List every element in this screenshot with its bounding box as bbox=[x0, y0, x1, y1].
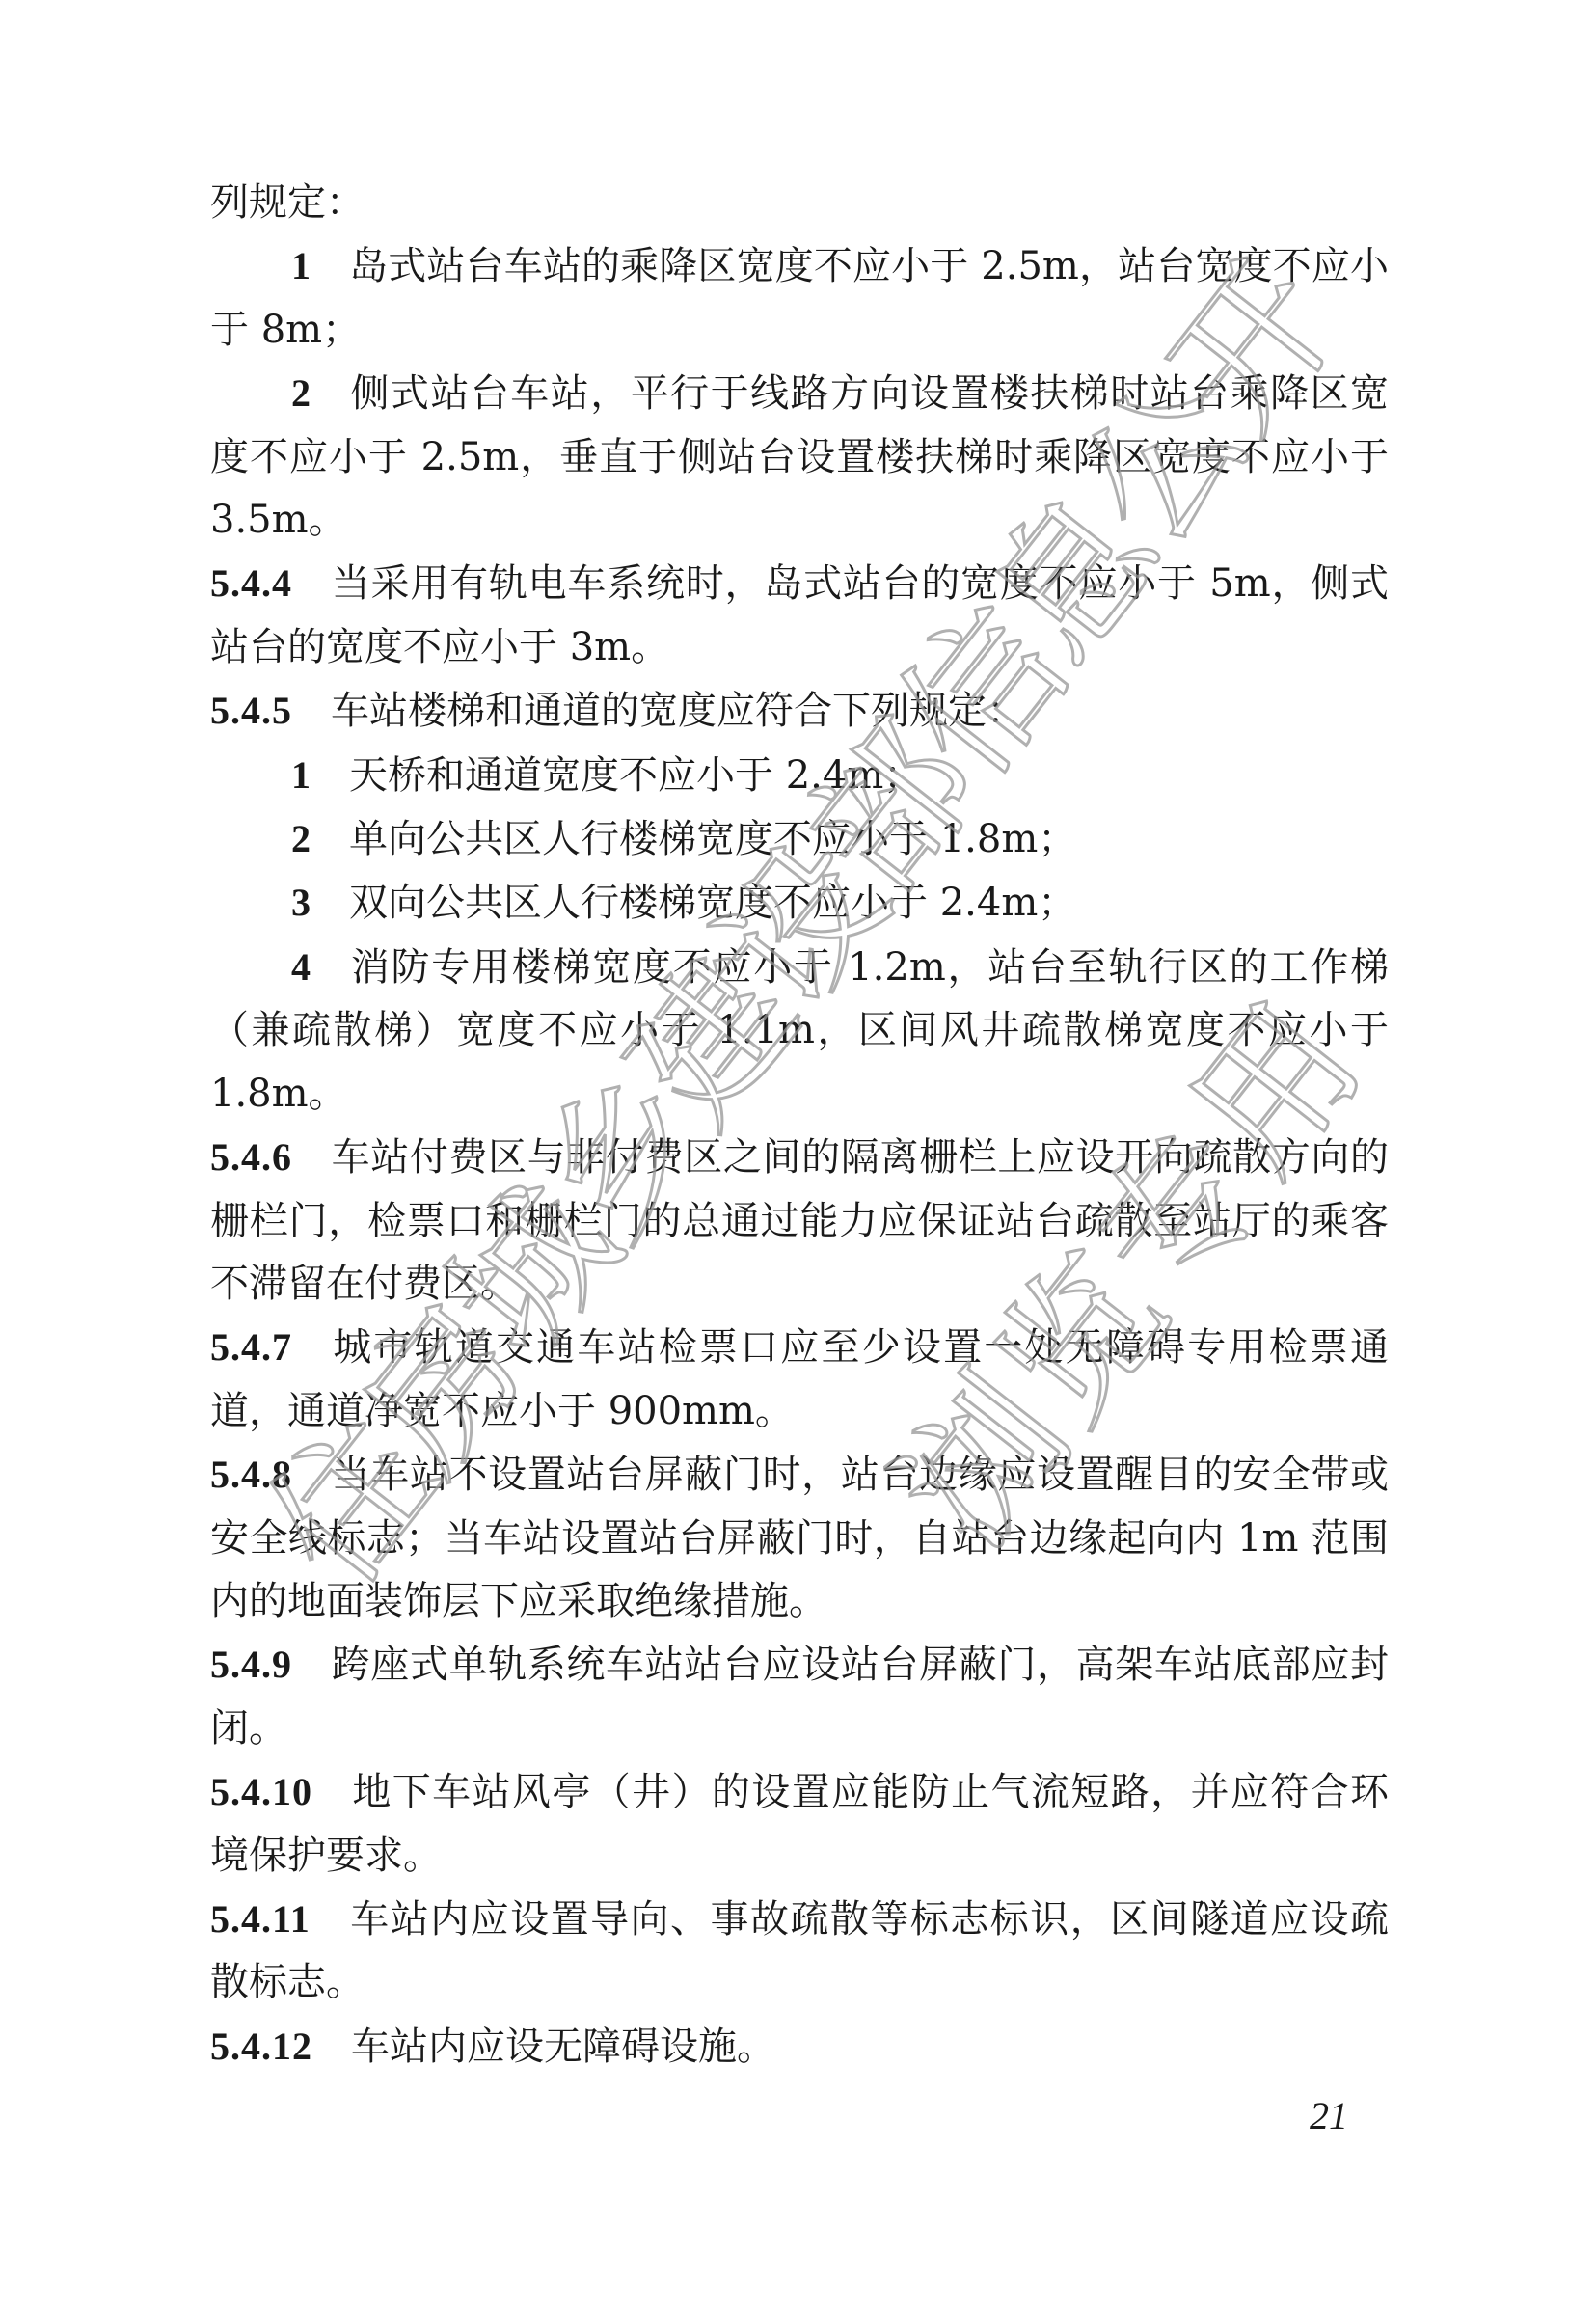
clause-5-4-11: 5.4.11车站内应设置导向、事故疏散等标志标识，区间隧道应设疏散标志。 bbox=[210, 1888, 1389, 2015]
clause-text: 车站楼梯和通道的宽度应符合下列规定： bbox=[331, 689, 1025, 733]
list-item: 3双向公共区人行楼梯宽度不应小于 2.4m； bbox=[210, 871, 1389, 935]
clause-5-4-9: 5.4.9跨座式单轨系统车站站台应设站台屏蔽门，高架车站底部应封闭。 bbox=[210, 1633, 1389, 1760]
item-number: 3 bbox=[291, 871, 311, 934]
clause-5-4-5: 5.4.5车站楼梯和通道的宽度应符合下列规定： bbox=[210, 679, 1389, 743]
clause-5-4-12: 5.4.12车站内应设无障碍设施。 bbox=[210, 2015, 1389, 2079]
clause-text: 地下车站风亭（井）的设置应能防止气流短路，并应符合环境保护要求。 bbox=[210, 1770, 1389, 1877]
list-item: 2单向公共区人行楼梯宽度不应小于 1.8m； bbox=[210, 807, 1389, 871]
clause-text: 车站付费区与非付费区之间的隔离栅栏上应设开向疏散方向的栅栏门，检票口和栅栏门的总… bbox=[210, 1135, 1389, 1306]
list-item: 4消防专用楼梯宽度不应小于 1.2m，站台至轨行区的工作梯（兼疏散梯）宽度不应小… bbox=[210, 936, 1389, 1126]
clause-text: 车站内应设无障碍设施。 bbox=[351, 2025, 775, 2069]
clause-number: 5.4.9 bbox=[210, 1633, 292, 1696]
list-item: 2侧式站台车站，平行于线路方向设置楼扶梯时站台乘降区宽度不应小于 2.5m，垂直… bbox=[210, 362, 1389, 552]
clause-5-4-4: 5.4.4当采用有轨电车系统时，岛式站台的宽度不应小于 5m，侧式站台的宽度不应… bbox=[210, 552, 1389, 679]
clause-5-4-8: 5.4.8当车站不设置站台屏蔽门时，站台边缘应设置醒目的安全带或安全线标志；当车… bbox=[210, 1443, 1389, 1633]
clause-number: 5.4.11 bbox=[210, 1888, 311, 1950]
paragraph-continuation: 列规定： bbox=[210, 172, 1389, 234]
page-number: 21 bbox=[1310, 2093, 1348, 2138]
item-text: 侧式站台车站，平行于线路方向设置楼扶梯时站台乘降区宽度不应小于 2.5m，垂直于… bbox=[210, 371, 1389, 542]
clause-number: 5.4.8 bbox=[210, 1443, 292, 1506]
clause-5-4-6: 5.4.6车站付费区与非付费区之间的隔离栅栏上应设开向疏散方向的栅栏门，检票口和… bbox=[210, 1126, 1389, 1316]
clause-text: 车站内应设置导向、事故疏散等标志标识，区间隧道应设疏散标志。 bbox=[210, 1897, 1389, 2004]
clause-number: 5.4.12 bbox=[210, 2015, 312, 2078]
item-text: 单向公共区人行楼梯宽度不应小于 1.8m； bbox=[349, 817, 1076, 861]
item-text: 天桥和通道宽度不应小于 2.4m； bbox=[349, 753, 922, 798]
item-text: 岛式站台车站的乘降区宽度不应小于 2.5m，站台宽度不应小于 8m； bbox=[210, 244, 1389, 351]
clause-number: 5.4.5 bbox=[210, 679, 292, 742]
item-number: 2 bbox=[291, 807, 311, 870]
clause-text: 当车站不设置站台屏蔽门时，站台边缘应设置醒目的安全带或安全线标志；当车站设置站台… bbox=[210, 1453, 1389, 1623]
clause-text: 跨座式单轨系统车站站台应设站台屏蔽门，高架车站底部应封闭。 bbox=[210, 1643, 1389, 1750]
clause-5-4-10: 5.4.10地下车站风亭（井）的设置应能防止气流短路，并应符合环境保护要求。 bbox=[210, 1760, 1389, 1888]
item-text: 消防专用楼梯宽度不应小于 1.2m，站台至轨行区的工作梯（兼疏散梯）宽度不应小于… bbox=[210, 945, 1389, 1116]
clause-number: 5.4.6 bbox=[210, 1126, 292, 1188]
item-number: 1 bbox=[291, 744, 311, 806]
paragraph-text: 列规定： bbox=[210, 180, 365, 225]
list-item: 1天桥和通道宽度不应小于 2.4m； bbox=[210, 744, 1389, 807]
clause-5-4-7: 5.4.7城市轨道交通车站检票口应至少设置一处无障碍专用检票通道，通道净宽不应小… bbox=[210, 1316, 1389, 1443]
page-body: 列规定： 1岛式站台车站的乘降区宽度不应小于 2.5m，站台宽度不应小于 8m；… bbox=[210, 172, 1389, 2079]
item-number: 2 bbox=[291, 362, 311, 424]
clause-number: 5.4.7 bbox=[210, 1316, 292, 1378]
clause-text: 当采用有轨电车系统时，岛式站台的宽度不应小于 5m，侧式站台的宽度不应小于 3m… bbox=[210, 561, 1389, 668]
document-page: 列规定： 1岛式站台车站的乘降区宽度不应小于 2.5m，站台宽度不应小于 8m；… bbox=[0, 0, 1596, 2311]
clause-number: 5.4.4 bbox=[210, 552, 292, 614]
clause-text: 城市轨道交通车站检票口应至少设置一处无障碍专用检票通道，通道净宽不应小于 900… bbox=[210, 1325, 1389, 1432]
item-number: 1 bbox=[291, 234, 311, 297]
clause-number: 5.4.10 bbox=[210, 1760, 312, 1823]
list-item: 1岛式站台车站的乘降区宽度不应小于 2.5m，站台宽度不应小于 8m； bbox=[210, 234, 1389, 362]
item-number: 4 bbox=[291, 936, 311, 998]
item-text: 双向公共区人行楼梯宽度不应小于 2.4m； bbox=[349, 881, 1076, 925]
